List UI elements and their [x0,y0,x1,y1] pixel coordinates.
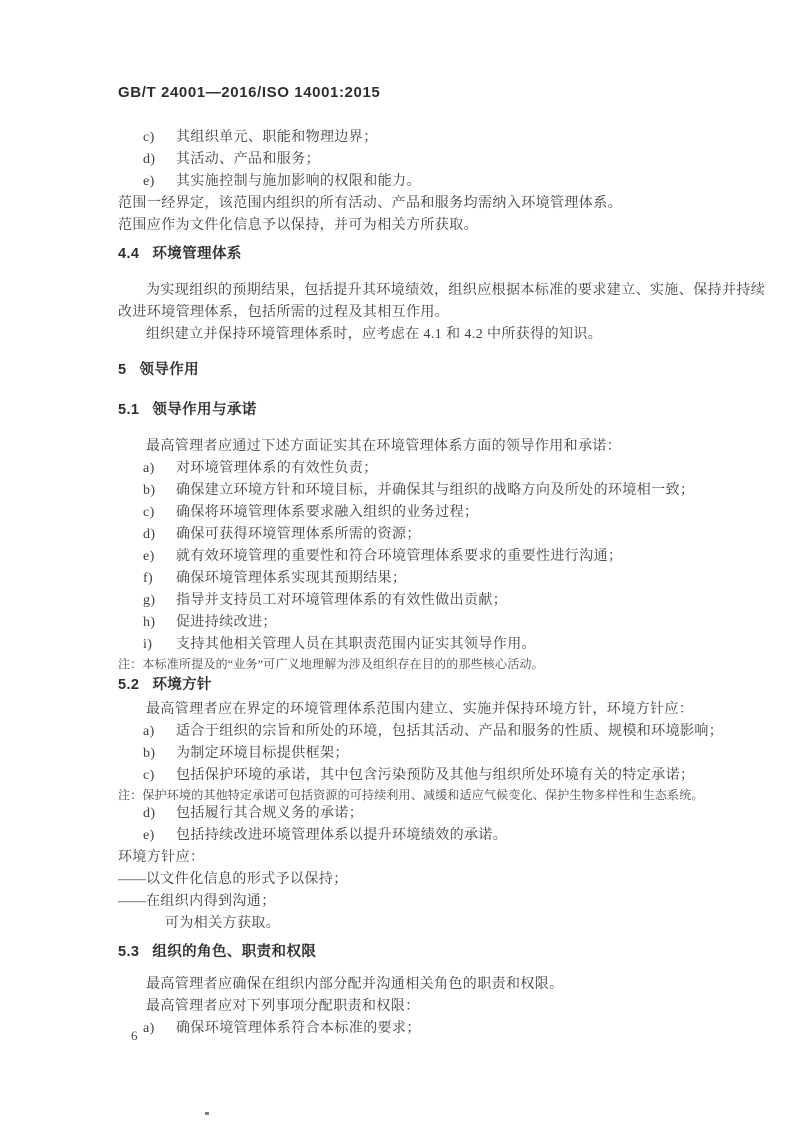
item-text: 包括持续改进环境管理体系以提升环境绩效的承诺。 [176,828,507,843]
item-label: e) [143,171,176,193]
section-number: 5.2 [118,677,139,693]
item-text: 其组织单元、职能和物理边界； [176,130,378,145]
policy-list-de: d)包括履行其合规义务的承诺； e)包括持续改进环境管理体系以提升环境绩效的承诺… [118,803,768,847]
list-item: e)其实施控制与施加影响的权限和能力。 [118,171,768,193]
scope-paragraph: 范围应作为文件化信息予以保持，并可为相关方所获取。 [118,215,768,237]
item-label: c) [143,765,176,787]
paragraph: 组织建立并保持环境管理体系时，应考虑在 4.1 和 4.2 中所获得的知识。 [118,324,768,346]
paragraph: 最高管理者应通过下述方面证实其在环境管理体系方面的领导作用和承诺： [118,436,768,458]
section-heading-4-4: 4.4环境管理体系 [118,245,768,263]
section-heading-5-1: 5.1领导作用与承诺 [118,401,768,419]
list-item: e)包括持续改进环境管理体系以提升环境绩效的承诺。 [118,825,768,847]
item-label: e) [143,546,176,568]
section-title: 领导作用 [139,362,199,378]
section-title: 环境管理体系 [152,246,241,262]
list-item: c)包括保护环境的承诺，其中包含污染预防及其他与组织所处环境有关的特定承诺； [118,765,768,787]
list-item: c)确保将环境管理体系要求融入组织的业务过程； [118,502,768,524]
dash-list-continuation: 可为相关方获取。 [118,913,768,935]
item-text: 其实施控制与施加影响的权限和能力。 [176,174,421,189]
list-item: g)指导并支持员工对环境管理体系的有效性做出贡献； [118,590,768,612]
item-label: h) [143,612,176,634]
list-item: h)促进持续改进； [118,612,768,634]
item-text: 对环境管理体系的有效性负责； [176,461,378,476]
list-item: a)确保环境管理体系符合本标准的要求； [118,1018,768,1040]
item-label: a) [143,721,176,743]
item-label: a) [143,458,176,480]
list-item: d)确保可获得环境管理体系所需的资源； [118,524,768,546]
item-text: 确保可获得环境管理体系所需的资源； [176,527,421,542]
item-text: 确保将环境管理体系要求融入组织的业务过程； [176,505,478,520]
item-label: b) [143,743,176,765]
section-heading-5-2: 5.2环境方针 [118,676,768,694]
em-dash: —— [118,872,146,887]
item-text: 其活动、产品和服务； [176,152,320,167]
section-title: 组织的角色、职责和权限 [152,944,316,960]
list-item: a)对环境管理体系的有效性负责； [118,458,768,480]
dash-list-item: ——在组织内得到沟通； [118,891,768,913]
section-number: 4.4 [118,246,139,262]
item-label: d) [143,803,176,825]
section-heading-5-3: 5.3组织的角色、职责和权限 [118,943,768,961]
leadership-list: a)对环境管理体系的有效性负责； b)确保建立环境方针和环境目标，并确保其与组织… [118,458,768,656]
list-item: d)包括履行其合规义务的承诺； [118,803,768,825]
section-number: 5.1 [118,402,139,418]
list-item: f)确保环境管理体系实现其预期结果； [118,568,768,590]
item-text: 确保环境管理体系符合本标准的要求； [176,1021,421,1036]
item-text: 指导并支持员工对环境管理体系的有效性做出贡献； [176,593,507,608]
item-label: g) [143,590,176,612]
item-label: c) [143,502,176,524]
list-item: e)就有效环境管理的重要性和符合环境管理体系要求的重要性进行沟通； [118,546,768,568]
item-label: f) [143,568,176,590]
item-label: b) [143,480,176,502]
scan-artifact-dot [205,1112,209,1115]
section-title: 领导作用与承诺 [152,402,256,418]
scope-list: c)其组织单元、职能和物理边界； d)其活动、产品和服务； e)其实施控制与施加… [118,127,768,237]
item-text: 包括保护环境的承诺，其中包含污染预防及其他与组织所处环境有关的特定承诺； [176,768,694,783]
item-label: d) [143,149,176,171]
policy-list-abc: a)适合于组织的宗旨和所处的环境，包括其活动、产品和服务的性质、规模和环境影响；… [118,721,768,787]
note-text: 注：保护环境的其他特定承诺可包括资源的可持续利用、减缓和适应气候变化、保护生物多… [118,787,768,803]
item-text: 支持其他相关管理人员在其职责范围内证实其领导作用。 [176,637,536,652]
em-dash: —— [118,894,146,909]
item-text: 包括履行其合规义务的承诺； [176,806,363,821]
note-text: 注：本标准所提及的“业务”可广义地理解为涉及组织存在目的的那些核心活动。 [118,656,768,672]
item-label: a) [143,1018,176,1040]
item-text: 以文件化信息的形式予以保持； [146,872,348,887]
item-text: 促进持续改进； [176,615,277,630]
item-text: 为制定环境目标提供框架； [176,746,349,761]
scope-paragraph: 范围一经界定，该范围内组织的所有活动、产品和服务均需纳入环境管理体系。 [118,193,768,215]
paragraph: 最高管理者应在界定的环境管理体系范围内建立、实施并保持环境方针，环境方针应： [118,699,768,721]
item-text: 就有效环境管理的重要性和符合环境管理体系要求的重要性进行沟通； [176,549,622,564]
paragraph: 最高管理者应确保在组织内部分配并沟通相关角色的职责和权限。 [118,974,768,996]
item-label: e) [143,825,176,847]
page-number: 6 [131,1028,138,1044]
item-label: c) [143,127,176,149]
document-page: GB/T 24001—2016/ISO 14001:2015 c)其组织单元、职… [0,0,793,1121]
item-text: 在组织内得到沟通； [146,894,276,909]
paragraph: 最高管理者应对下列事项分配职责和权限： [118,996,768,1018]
list-item: d)其活动、产品和服务； [118,149,768,171]
section-heading-5: 5领导作用 [118,361,768,379]
standard-number-header: GB/T 24001—2016/ISO 14001:2015 [118,84,768,101]
list-item: b)确保建立环境方针和环境目标，并确保其与组织的战略方向及所处的环境相一致； [118,480,768,502]
policy-lead-in: 环境方针应： [118,847,768,869]
item-text: 确保建立环境方针和环境目标，并确保其与组织的战略方向及所处的环境相一致； [176,483,694,498]
item-text: 适合于组织的宗旨和所处的环境，包括其活动、产品和服务的性质、规模和环境影响； [176,724,723,739]
list-item: b)为制定环境目标提供框架； [118,743,768,765]
item-label: d) [143,524,176,546]
list-item: i)支持其他相关管理人员在其职责范围内证实其领导作用。 [118,634,768,656]
section-title: 环境方针 [152,677,212,693]
section-number: 5.3 [118,944,139,960]
list-item: a)适合于组织的宗旨和所处的环境，包括其活动、产品和服务的性质、规模和环境影响； [118,721,768,743]
dash-list-item: ——以文件化信息的形式予以保持； [118,869,768,891]
list-item: c)其组织单元、职能和物理边界； [118,127,768,149]
paragraph: 为实现组织的预期结果，包括提升其环境绩效，组织应根据本标准的要求建立、实施、保持… [118,280,768,324]
item-text: 确保环境管理体系实现其预期结果； [176,571,406,586]
item-label: i) [143,634,176,656]
section-number: 5 [118,362,126,378]
